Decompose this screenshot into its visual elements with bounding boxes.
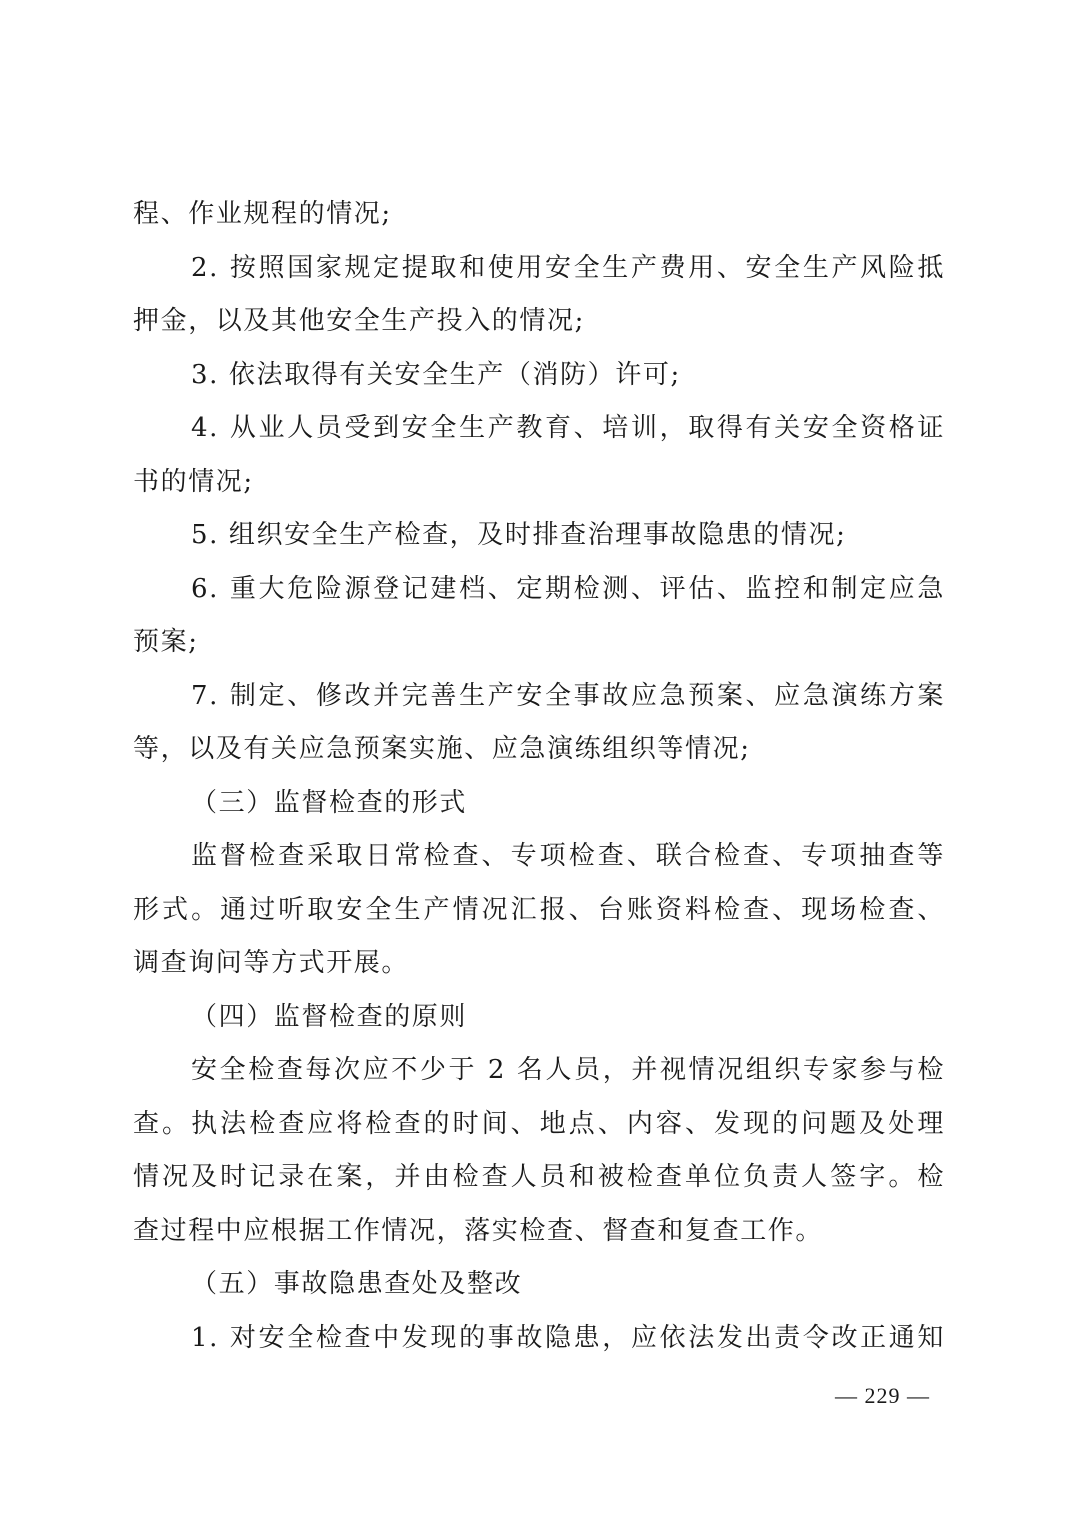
text-line: 7. 制定、修改并完善生产安全事故应急预案、应急演练方案 bbox=[133, 670, 945, 724]
body-text: 程、作业规程的情况; 2. 按照国家规定提取和使用安全生产费用、安全生产风险抵 … bbox=[133, 188, 945, 1365]
text-line: 情况及时记录在案，并由检查人员和被检查单位负责人签字。检 bbox=[133, 1151, 945, 1205]
document-page: 程、作业规程的情况; 2. 按照国家规定提取和使用安全生产费用、安全生产风险抵 … bbox=[0, 0, 1074, 1520]
text-line: 调查询问等方式开展。 bbox=[133, 937, 945, 991]
text-line: 预案; bbox=[133, 616, 945, 670]
text-line: 等，以及有关应急预案实施、应急演练组织等情况; bbox=[133, 723, 945, 777]
text-line: 6. 重大危险源登记建档、定期检测、评估、监控和制定应急 bbox=[133, 563, 945, 617]
text-line: 4. 从业人员受到安全生产教育、培训，取得有关安全资格证 bbox=[133, 402, 945, 456]
text-line: 监督检查采取日常检查、专项检查、联合检查、专项抽查等 bbox=[133, 830, 945, 884]
section-heading: （五）事故隐患查处及整改 bbox=[133, 1258, 945, 1312]
text-line: 形式。通过听取安全生产情况汇报、台账资料检查、现场检查、 bbox=[133, 884, 945, 938]
text-line: 安全检查每次应不少于 2 名人员，并视情况组织专家参与检 bbox=[133, 1044, 945, 1098]
text-line: 2. 按照国家规定提取和使用安全生产费用、安全生产风险抵 bbox=[133, 242, 945, 296]
text-line: 押金，以及其他安全生产投入的情况; bbox=[133, 295, 945, 349]
text-line: 查。执法检查应将检查的时间、地点、内容、发现的问题及处理 bbox=[133, 1098, 945, 1152]
text-line: 查过程中应根据工作情况，落实检查、督查和复查工作。 bbox=[133, 1205, 945, 1259]
text-line: 1. 对安全检查中发现的事故隐患，应依法发出责令改正通知 bbox=[133, 1312, 945, 1366]
text-line: 书的情况; bbox=[133, 456, 945, 510]
text-line: 3. 依法取得有关安全生产（消防）许可; bbox=[133, 349, 945, 403]
page-number: — 229 — bbox=[835, 1383, 930, 1409]
text-line: 5. 组织安全生产检查，及时排查治理事故隐患的情况; bbox=[133, 509, 945, 563]
section-heading: （三）监督检查的形式 bbox=[133, 777, 945, 831]
section-heading: （四）监督检查的原则 bbox=[133, 991, 945, 1045]
text-line: 程、作业规程的情况; bbox=[133, 188, 945, 242]
